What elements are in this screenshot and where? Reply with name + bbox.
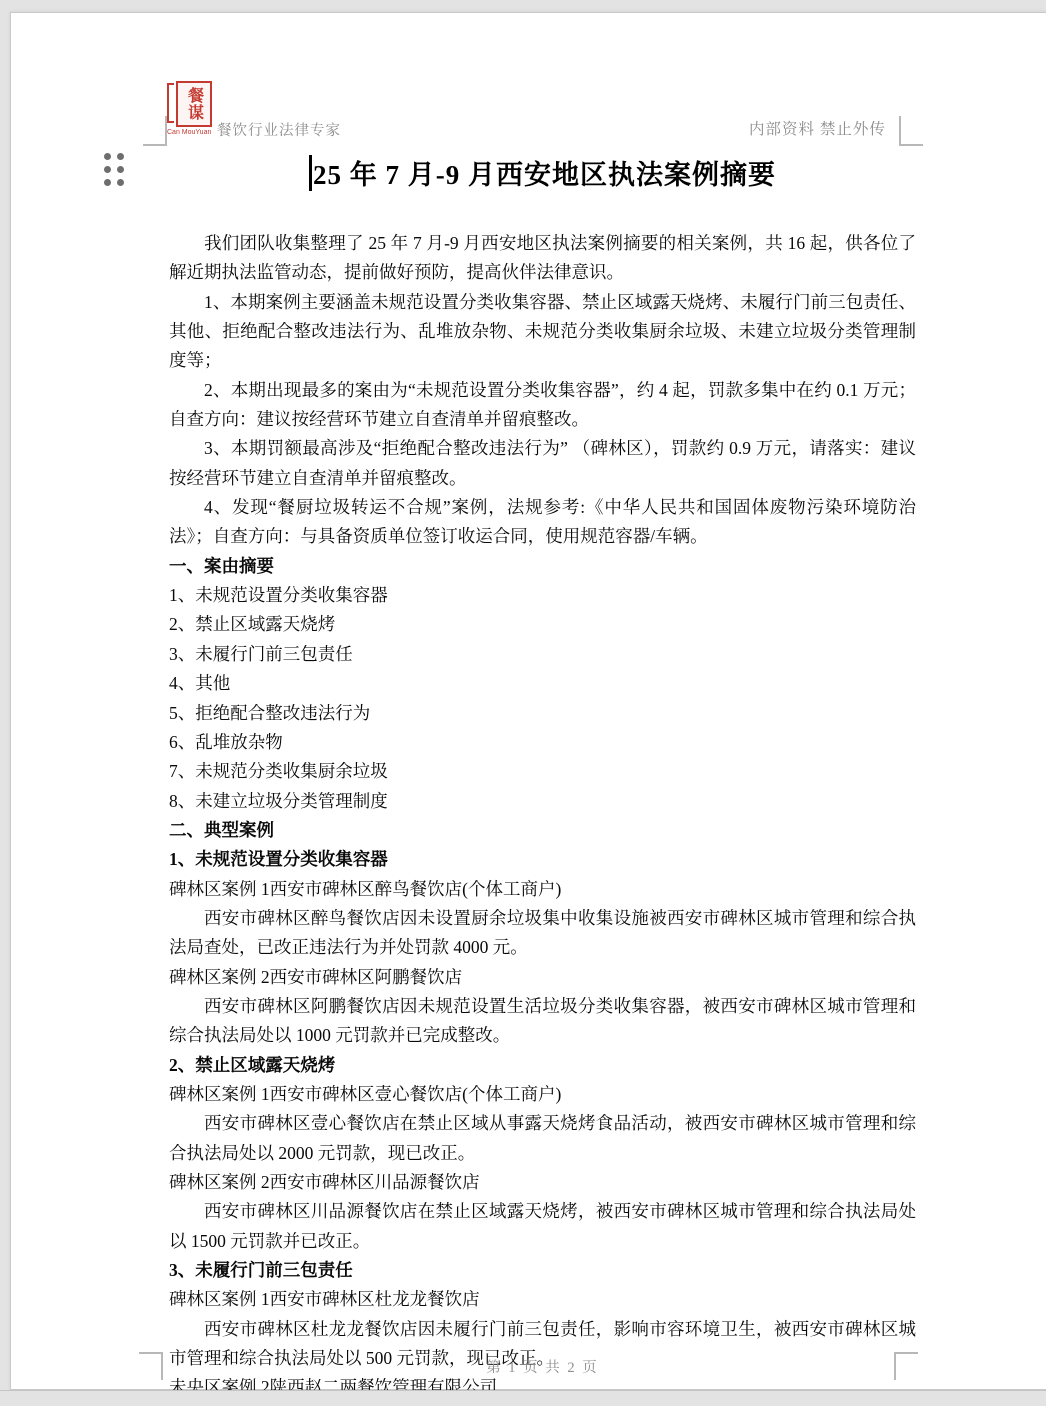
paragraph[interactable]: 碑林区案例 1西安市碑林区杜龙龙餐饮店: [169, 1285, 916, 1314]
paragraph[interactable]: 1、未规范设置分类收集容器: [169, 581, 916, 610]
header-confidential-label: 内部资料 禁止外传: [749, 117, 886, 139]
paragraph[interactable]: 西安市碑林区川品源餐饮店在禁止区域露天烧烤，被西安市碑林区城市管理和综合执法局处…: [169, 1197, 916, 1256]
paragraph[interactable]: 碑林区案例 2西安市碑林区阿鹏餐饮店: [169, 963, 916, 992]
drag-handle-icon[interactable]: [104, 153, 124, 186]
paragraph[interactable]: 碑林区案例 2西安市碑林区川品源餐饮店: [169, 1168, 916, 1197]
paragraph[interactable]: 碑林区案例 1西安市碑林区醉鸟餐饮店(个体工商户): [169, 875, 916, 904]
logo-seal-icon: 餐谋: [176, 81, 212, 127]
text-caret: [309, 155, 312, 191]
paragraph[interactable]: 3、未履行门前三包责任: [169, 640, 916, 669]
page-number-indicator: 第 1 页 共 2 页: [169, 1356, 916, 1377]
logo-bracket-shape: [167, 83, 174, 123]
paragraph[interactable]: 西安市碑林区阿鹏餐饮店因未规范设置生活垃圾分类收集容器，被西安市碑林区城市管理和…: [169, 992, 916, 1051]
paragraph[interactable]: 2、禁止区域露天烧烤: [169, 610, 916, 639]
paragraph[interactable]: 1、本期案例主要涵盖未规范设置分类收集容器、禁止区域露天烧烤、未履行门前三包责任…: [169, 288, 916, 376]
paragraph[interactable]: 西安市碑林区壹心餐饮店在禁止区域从事露天烧烤食品活动，被西安市碑林区城市管理和综…: [169, 1109, 916, 1168]
section-heading[interactable]: 1、未规范设置分类收集容器: [169, 845, 916, 874]
paragraph[interactable]: 4、其他: [169, 669, 916, 698]
section-heading[interactable]: 一、案由摘要: [169, 552, 916, 581]
page-edge-gap: [0, 1390, 1046, 1406]
section-heading[interactable]: 二、典型案例: [169, 816, 916, 845]
document-body[interactable]: 我们团队收集整理了 25 年 7 月-9 月西安地区执法案例摘要的相关案例，共 …: [11, 229, 1046, 1403]
document-page: 餐谋 Can MouYuan 餐饮行业法律专家 内部资料 禁止外传 25 年 7…: [10, 12, 1046, 1390]
section-heading[interactable]: 3、未履行门前三包责任: [169, 1256, 916, 1285]
paragraph[interactable]: 我们团队收集整理了 25 年 7 月-9 月西安地区执法案例摘要的相关案例，共 …: [169, 229, 916, 288]
paragraph[interactable]: 6、乱堆放杂物: [169, 728, 916, 757]
section-heading[interactable]: 2、禁止区域露天烧烤: [169, 1051, 916, 1080]
paragraph[interactable]: 8、未建立垃圾分类管理制度: [169, 787, 916, 816]
paragraph[interactable]: 碑林区案例 1西安市碑林区壹心餐饮店(个体工商户): [169, 1080, 916, 1109]
paragraph[interactable]: 5、拒绝配合整改违法行为: [169, 699, 916, 728]
page-title[interactable]: 25 年 7 月-9 月西安地区执法案例摘要: [309, 153, 776, 197]
paragraph[interactable]: 2、本期出现最多的案由为“未规范设置分类收集容器”，约 4 起，罚款多集中在约 …: [169, 376, 916, 435]
paragraph[interactable]: 3、本期罚额最高涉及“拒绝配合整改违法行为” （碑林区），罚款约 0.9 万元，…: [169, 434, 916, 493]
paragraph[interactable]: 西安市碑林区醉鸟餐饮店因未设置厨余垃圾集中收集设施被西安市碑林区城市管理和综合执…: [169, 904, 916, 963]
page-title-text: 25 年 7 月-9 月西安地区执法案例摘要: [313, 160, 776, 190]
paragraph[interactable]: 7、未规范分类收集厨余垃圾: [169, 757, 916, 786]
header-left-tagline: 餐饮行业法律专家: [217, 119, 341, 140]
paragraph[interactable]: 4、发现“餐厨垃圾转运不合规”案例，法规参考:《中华人民共和国固体废物污染环境防…: [169, 493, 916, 552]
